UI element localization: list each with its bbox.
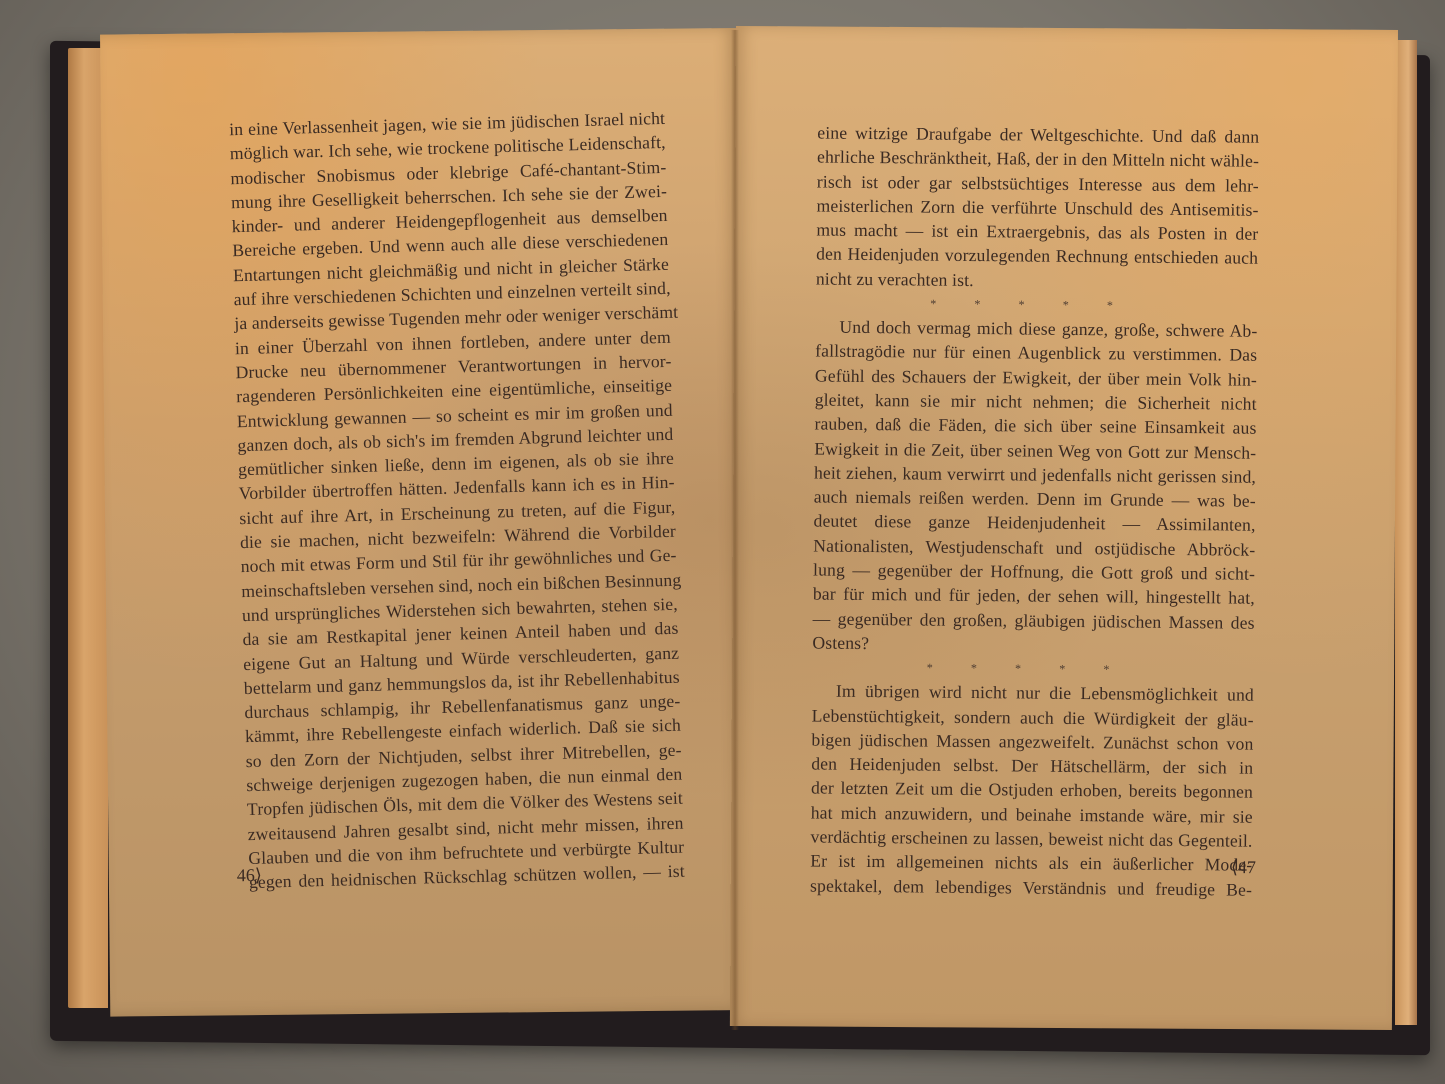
text-line: rauben, daß die Fäden, die sich über sei… [814, 412, 1256, 441]
asterisk: * [1103, 657, 1109, 681]
text-line: — gegenüber den großen, gläubigen jüdisc… [813, 606, 1255, 635]
asterisk: * [1015, 657, 1021, 681]
text-line: bar für mich und für jeden, der sehen wi… [813, 582, 1255, 611]
asterisk: * [927, 656, 933, 680]
paragraph: Und doch vermag mich diese ganze, große,… [812, 315, 1257, 659]
page-block-edge-right [1395, 40, 1417, 1025]
asterisk: * [974, 292, 980, 316]
page-number: ⟨47 [1231, 857, 1256, 878]
text-line: spektakel, dem lebendiges Verständnis un… [810, 873, 1252, 902]
asterisk: * [1063, 293, 1069, 317]
asterisk: * [971, 656, 977, 680]
paragraph: Im übrigen wird nicht nur die Lebensmögl… [810, 679, 1254, 902]
page-number: 46⟩ [237, 865, 262, 886]
right-page-text: eine witzige Draufgabe der Weltgeschicht… [810, 120, 1259, 901]
text-line: Im übrigen wird nicht nur die Lebensmögl… [812, 679, 1254, 708]
asterisk: * [930, 292, 936, 316]
left-page-text: in eine Verlassenheit jagen, wie sie im … [229, 106, 685, 895]
photo-scene: in eine Verlassenheit jagen, wie sie im … [0, 0, 1445, 1084]
text-line: ehrliche Beschränktheit, Haß, der in den… [817, 145, 1259, 174]
book-gutter [731, 30, 739, 1030]
text-line: nicht zu verachten ist. [816, 266, 1258, 295]
paragraph: eine witzige Draufgabe der Weltgeschicht… [816, 120, 1260, 294]
asterisk: * [1059, 657, 1065, 681]
asterisk: * [1107, 293, 1113, 317]
right-page: eine witzige Draufgabe der Weltgeschicht… [730, 26, 1398, 1030]
text-line: Er ist im allgemeinen nichts als ein äuß… [810, 849, 1252, 878]
asterisk: * [1018, 292, 1024, 316]
left-page: in eine Verlassenheit jagen, wie sie im … [100, 28, 746, 1017]
